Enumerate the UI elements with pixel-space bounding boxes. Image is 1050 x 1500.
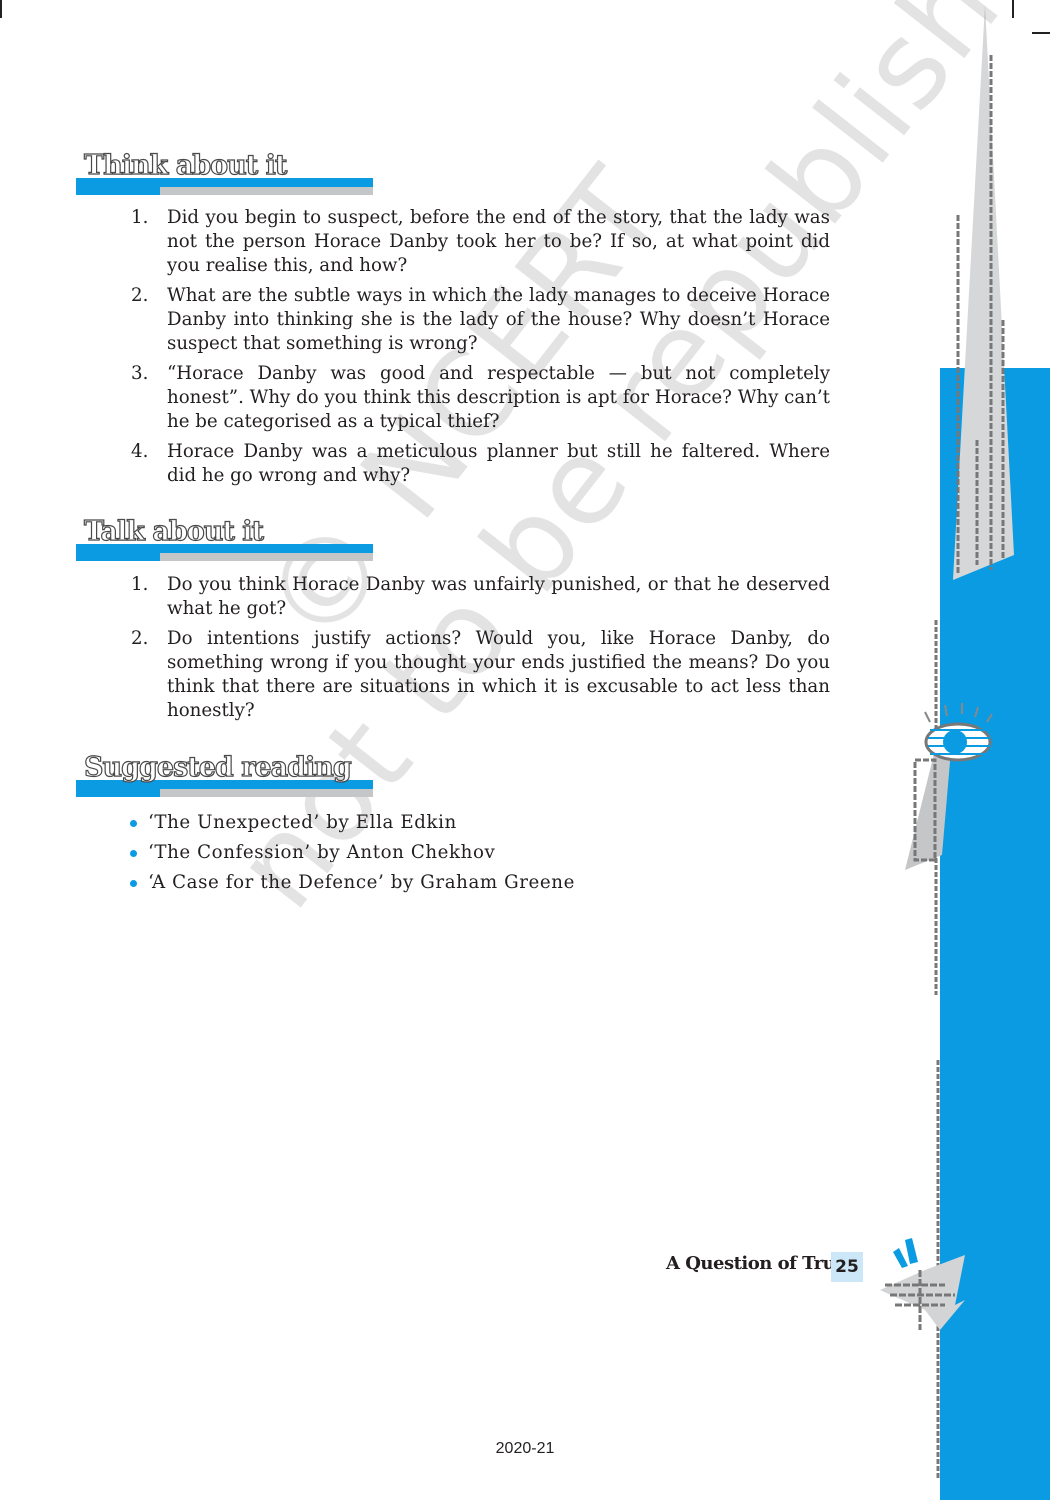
item-text: What are the subtle ways in which the la… (167, 285, 830, 354)
item-number: 4. (131, 440, 148, 464)
section-title: Suggested reading (84, 752, 351, 783)
item-text: Horace Danby was a meticulous planner bu… (167, 441, 830, 486)
heading-bar-blue (76, 789, 160, 797)
reading-title: ‘The Unexpected’ by Ella Edkin (148, 812, 457, 833)
item-text: Do you think Horace Danby was unfairly p… (167, 574, 830, 619)
list-item: 2.What are the subtle ways in which the … (128, 284, 830, 356)
list-item: 1.Do you think Horace Danby was unfairly… (128, 573, 830, 621)
reading-title: ‘The Confession’ by Anton Chekhov (148, 842, 495, 863)
item-number: 2. (131, 284, 148, 308)
item-number: 1. (131, 206, 148, 230)
item-number: 1. (131, 573, 148, 597)
section-title: Talk about it (84, 516, 263, 547)
item-text: Did you begin to suspect, before the end… (167, 207, 830, 276)
heading-bar-blue (76, 187, 160, 195)
talk-questions-list: 1.Do you think Horace Danby was unfairly… (128, 573, 830, 729)
heading-bar-gray (160, 789, 373, 797)
section-title: Think about it (84, 150, 286, 181)
heading-bar-gray (160, 187, 373, 195)
running-title: A Question of Trust (666, 1253, 853, 1274)
bullet-icon (130, 850, 137, 857)
bullet-icon (130, 880, 137, 887)
list-item: ‘The Unexpected’ by Ella Edkin (128, 808, 575, 838)
suggested-reading-list: ‘The Unexpected’ by Ella Edkin ‘The Conf… (128, 808, 575, 898)
list-item: 4.Horace Danby was a meticulous planner … (128, 440, 830, 488)
list-item: ‘A Case for the Defence’ by Graham Green… (128, 868, 575, 898)
item-number: 2. (131, 627, 148, 651)
heading-bar-gray (160, 553, 373, 561)
section-heading-think: Think about it (76, 150, 373, 196)
starburst-icon (880, 1238, 965, 1330)
page-number: 25 (831, 1252, 863, 1282)
bullet-icon (130, 820, 137, 827)
item-number: 3. (131, 362, 148, 386)
heading-bar-blue (76, 553, 160, 561)
list-item: 2.Do intentions justify actions? Would y… (128, 627, 830, 723)
edition-year: 2020-21 (0, 1440, 1050, 1458)
item-text: Do intentions justify actions? Would you… (167, 628, 830, 721)
list-item: ‘The Confession’ by Anton Chekhov (128, 838, 575, 868)
item-text: “Horace Danby was good and respectable —… (167, 363, 830, 432)
section-heading-reading: Suggested reading (76, 752, 373, 798)
think-questions-list: 1.Did you begin to suspect, before the e… (128, 206, 830, 494)
list-item: 1.Did you begin to suspect, before the e… (128, 206, 830, 278)
section-heading-talk: Talk about it (76, 516, 373, 562)
list-item: 3.“Horace Danby was good and respectable… (128, 362, 830, 434)
reading-title: ‘A Case for the Defence’ by Graham Green… (148, 872, 575, 893)
eye-icon (905, 703, 992, 870)
